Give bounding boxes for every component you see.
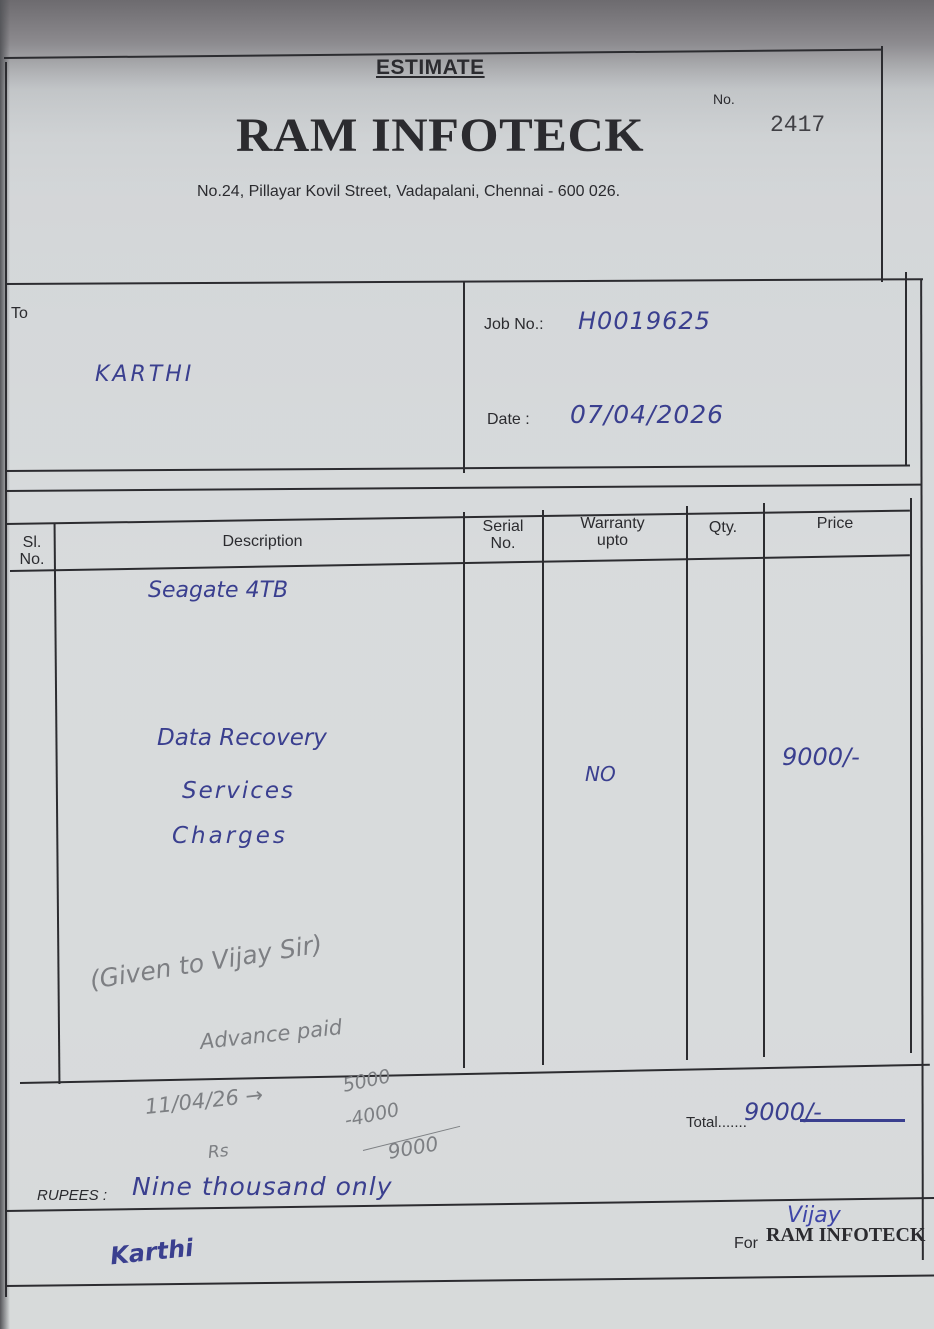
item-warranty: NO [585,762,616,786]
header-sl-no-line1: Sl. [12,534,52,551]
estimate-sheet: ESTIMATE RAM INFOTECK No. 2417 No.24, Pi… [0,0,934,1329]
customer-block-right-edge [905,272,907,466]
header-serial-no-line1: Serial [470,518,536,535]
document-type-heading: ESTIMATE [376,56,485,80]
table-header-top-border [5,510,910,525]
header-sl-no-line2: No. [12,551,52,568]
company-name: RAM INFOTECK [236,108,644,163]
date-value: 07/04/2026 [570,400,724,429]
pencil-calc-value: -4000 [343,1099,402,1132]
customer-name: KARTHI [95,362,194,387]
job-no-label: Job No.: [484,316,544,334]
item-description-line: Charges [172,823,288,849]
estimate-number-label: No. [713,91,735,107]
pencil-calc-note: 11/04/26 → [144,1083,264,1119]
col-divider-warranty [686,506,688,1060]
company-address: No.24, Pillayar Kovil Street, Vadapalani… [197,183,620,201]
frame-right-border [881,46,883,282]
total-label: Total....... [686,1114,747,1131]
col-divider-price [910,498,912,1053]
total-flourish-line [800,1119,905,1122]
for-company-name: RAM INFOTECK [766,1224,925,1247]
item-description-line: Seagate 4TB [148,578,288,603]
col-divider-description [463,512,465,1068]
pencil-note-line: (Given to Vijay Sir) [88,929,325,994]
frame-right-border-lower [920,280,924,1260]
customer-signature: Karthi [109,1234,195,1271]
header-warranty-line1: Warranty [560,515,665,532]
col-divider-qty [763,503,765,1057]
frame-left-border [5,62,7,1297]
customer-block-divider [463,281,465,473]
table-top-outer-border [5,484,921,492]
rupees-label: RUPEES : [37,1187,107,1204]
item-description-line: Services [182,778,295,804]
estimate-number: 2417 [770,112,825,138]
header-serial-no-line2: No. [470,535,536,552]
customer-block-bottom-border [5,464,910,472]
table-bottom-border [20,1064,930,1084]
header-warranty: Warranty upto [560,515,665,549]
pencil-calc-total: 9000 [386,1131,440,1163]
signature-bottom-border [5,1274,934,1287]
pencil-calc-note: Rs [207,1141,230,1163]
for-label: For [734,1235,758,1253]
header-serial-no: Serial No. [470,518,536,552]
pencil-note-line: Advance paid [199,1015,344,1054]
pencil-calc-value: 5000 [341,1065,393,1097]
header-price: Price [780,515,890,532]
header-qty: Qty. [692,519,754,536]
col-divider-serial [542,510,544,1065]
header-sl-no: Sl. No. [12,534,52,568]
header-warranty-line2: upto [560,532,665,549]
header-description: Description [160,533,365,550]
rupees-in-words: Nine thousand only [132,1172,393,1201]
job-no-value: H0019625 [578,307,711,335]
table-header-bottom-border [10,554,910,572]
item-price: 9000/- [782,743,860,771]
col-divider-slno [54,524,61,1084]
to-label: To [11,305,28,323]
item-description-line: Data Recovery [157,725,327,751]
date-label: Date : [487,411,530,429]
